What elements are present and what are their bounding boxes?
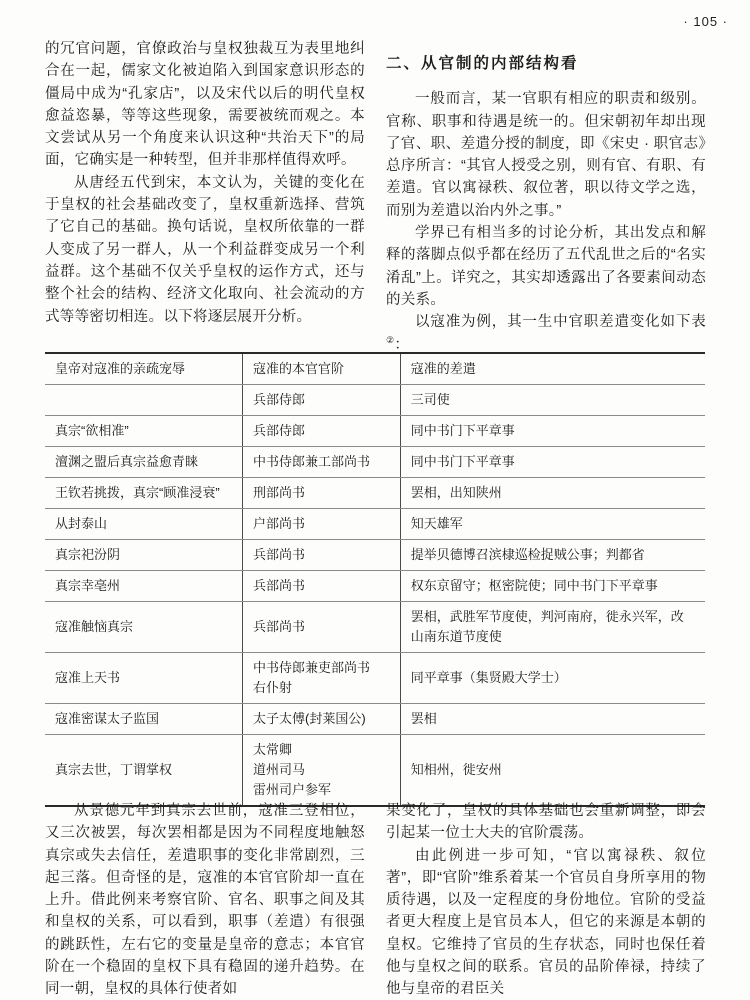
- table-row: 兵部侍郎三司使: [45, 385, 705, 416]
- rank-cell: 兵部侍郎: [243, 416, 401, 447]
- assignment-cell: 权东京留守；枢密院使；同中书门下平章事: [400, 571, 705, 602]
- favor-cell: 从封泰山: [45, 509, 243, 540]
- paragraph: 一般而言，某一官职有相应的职责和级别。官称、职事和待遇是统一的。但宋朝初年却出现…: [386, 88, 706, 222]
- journal-page: { "page": { "page_number": "· 105 ·" }, …: [0, 0, 750, 1000]
- assignment-cell: 罢相: [400, 704, 705, 735]
- bottom-left-column: 从景德元年到真宗去世前，寇准三登相位，又三次被罢，每次罢相都是因为不同程度地触怒…: [45, 800, 365, 1000]
- table-row: 从封泰山户部尚书知天雄军: [45, 509, 705, 540]
- section-heading: 二、从官制的内部结构看: [386, 53, 706, 75]
- favor-cell: 王钦若挑拨，真宗“顾准浸衰”: [45, 478, 243, 509]
- rank-cell: 中书侍郎兼吏部尚书右仆射: [243, 653, 401, 704]
- table-intro-text: 以寇准为例，其一生中官职差遣变化如下表: [415, 314, 706, 330]
- table-row: 真宗祀汾阴兵部尚书提举贝德博召滨棣巡检捉贼公事；判都省: [45, 540, 705, 571]
- rank-cell: 兵部尚书: [243, 571, 401, 602]
- favor-cell: 寇准密谋太子监国: [45, 704, 243, 735]
- top-left-column: 的冗官问题，官僚政治与皇权独裁互为表里地纠合在一起，儒家文化被迫陷入到国家意识形…: [45, 38, 365, 356]
- rank-cell: 太常卿道州司马雷州司户参军: [243, 735, 401, 807]
- kouzhun-career-table: 皇帝对寇准的亲疏宠辱 寇准的本官官阶 寇准的差遣 兵部侍郎三司使真宗“欲相准”兵…: [45, 352, 705, 807]
- assignment-cell: 三司使: [400, 385, 705, 416]
- assignment-cell: 同中书门下平章事: [400, 447, 705, 478]
- assignment-cell: 知天雄军: [400, 509, 705, 540]
- top-right-column: 二、从官制的内部结构看 一般而言，某一官职有相应的职责和级别。官称、职事和待遇是…: [386, 38, 706, 356]
- table-row: 真宗幸亳州兵部尚书权东京留守；枢密院使；同中书门下平章事: [45, 571, 705, 602]
- rank-cell: 兵部尚书: [243, 540, 401, 571]
- kouzhun-table-body: 兵部侍郎三司使真宗“欲相准”兵部侍郎同中书门下平章事澶渊之盟后真宗益愈青睐中书侍…: [45, 385, 705, 807]
- favor-cell: 真宗“欲相准”: [45, 416, 243, 447]
- paragraph-continuation: 的冗官问题，官僚政治与皇权独裁互为表里地纠合在一起，儒家文化被迫陷入到国家意识形…: [45, 38, 365, 172]
- table-row: 真宗“欲相准”兵部侍郎同中书门下平章事: [45, 416, 705, 447]
- assignment-cell: 提举贝德博召滨棣巡检捉贼公事；判都省: [400, 540, 705, 571]
- paragraph: 由此例进一步可知，“官以寓禄秩、叙位著”，即“官阶”维系着某一个官员自身所享用的…: [386, 845, 706, 1000]
- favor-cell: 真宗祀汾阴: [45, 540, 243, 571]
- rank-cell: 户部尚书: [243, 509, 401, 540]
- assignment-cell: 同平章事（集贤殿大学士）: [400, 653, 705, 704]
- table-row: 真宗去世，丁谓掌权太常卿道州司马雷州司户参军知相州，徙安州: [45, 735, 705, 807]
- paragraph: 学界已有相当多的讨论分析，其出发点和解释的落脚点似乎都在经历了五代乱世之后的“名…: [386, 222, 706, 311]
- paragraph: 从景德元年到真宗去世前，寇准三登相位，又三次被罢，每次罢相都是因为不同程度地触怒…: [45, 800, 365, 1000]
- top-text-section: 的冗官问题，官僚政治与皇权独裁互为表里地纠合在一起，儒家文化被迫陷入到国家意识形…: [45, 38, 707, 356]
- bottom-text-section: 从景德元年到真宗去世前，寇准三登相位，又三次被罢，每次罢相都是因为不同程度地触怒…: [45, 800, 707, 1000]
- favor-cell: 澶渊之盟后真宗益愈青睐: [45, 447, 243, 478]
- favor-cell: 寇准触恼真宗: [45, 602, 243, 653]
- paragraph-continuation: 果变化了，皇权的具体基础也会重新调整，即会引起某一位士大夫的官阶震荡。: [386, 800, 706, 845]
- rank-cell: 太子太傅(封莱国公): [243, 704, 401, 735]
- favor-cell: [45, 385, 243, 416]
- paragraph: 从唐经五代到宋，本文认为，关键的变化在于皇权的社会基础改变了，皇权重新选择、营筑…: [45, 172, 365, 328]
- header-assignment: 寇准的差遣: [400, 353, 705, 385]
- table-row: 寇准密谋太子监国太子太傅(封莱国公)罢相: [45, 704, 705, 735]
- table-header-row: 皇帝对寇准的亲疏宠辱 寇准的本官官阶 寇准的差遣: [45, 353, 705, 385]
- table-row: 澶渊之盟后真宗益愈青睐中书侍郎兼工部尚书同中书门下平章事: [45, 447, 705, 478]
- table-header: 皇帝对寇准的亲疏宠辱 寇准的本官官阶 寇准的差遣: [45, 353, 705, 385]
- assignment-cell: 罢相，出知陕州: [400, 478, 705, 509]
- bottom-right-column: 果变化了，皇权的具体基础也会重新调整，即会引起某一位士大夫的官阶震荡。 由此例进…: [386, 800, 706, 1000]
- table-intro-colon: ：: [394, 337, 409, 353]
- favor-cell: 真宗幸亳州: [45, 571, 243, 602]
- assignment-cell: 罢相，武胜军节度使，判河南府，徙永兴军，改山南东道节度使: [400, 602, 705, 653]
- rank-cell: 兵部尚书: [243, 602, 401, 653]
- page-number: · 105 ·: [683, 14, 728, 29]
- header-favor: 皇帝对寇准的亲疏宠辱: [45, 353, 243, 385]
- table-row: 寇准上天书中书侍郎兼吏部尚书右仆射同平章事（集贤殿大学士）: [45, 653, 705, 704]
- header-rank: 寇准的本官官阶: [243, 353, 401, 385]
- table-row: 王钦若挑拨，真宗“顾准浸衰”刑部尚书罢相，出知陕州: [45, 478, 705, 509]
- favor-cell: 寇准上天书: [45, 653, 243, 704]
- rank-cell: 刑部尚书: [243, 478, 401, 509]
- rank-cell: 中书侍郎兼工部尚书: [243, 447, 401, 478]
- favor-cell: 真宗去世，丁谓掌权: [45, 735, 243, 807]
- assignment-cell: 同中书门下平章事: [400, 416, 705, 447]
- assignment-cell: 知相州，徙安州: [400, 735, 705, 807]
- table-row: 寇准触恼真宗兵部尚书罢相，武胜军节度使，判河南府，徙永兴军，改山南东道节度使: [45, 602, 705, 653]
- table-intro-paragraph: 以寇准为例，其一生中官职差遣变化如下表②：: [386, 311, 706, 356]
- rank-cell: 兵部侍郎: [243, 385, 401, 416]
